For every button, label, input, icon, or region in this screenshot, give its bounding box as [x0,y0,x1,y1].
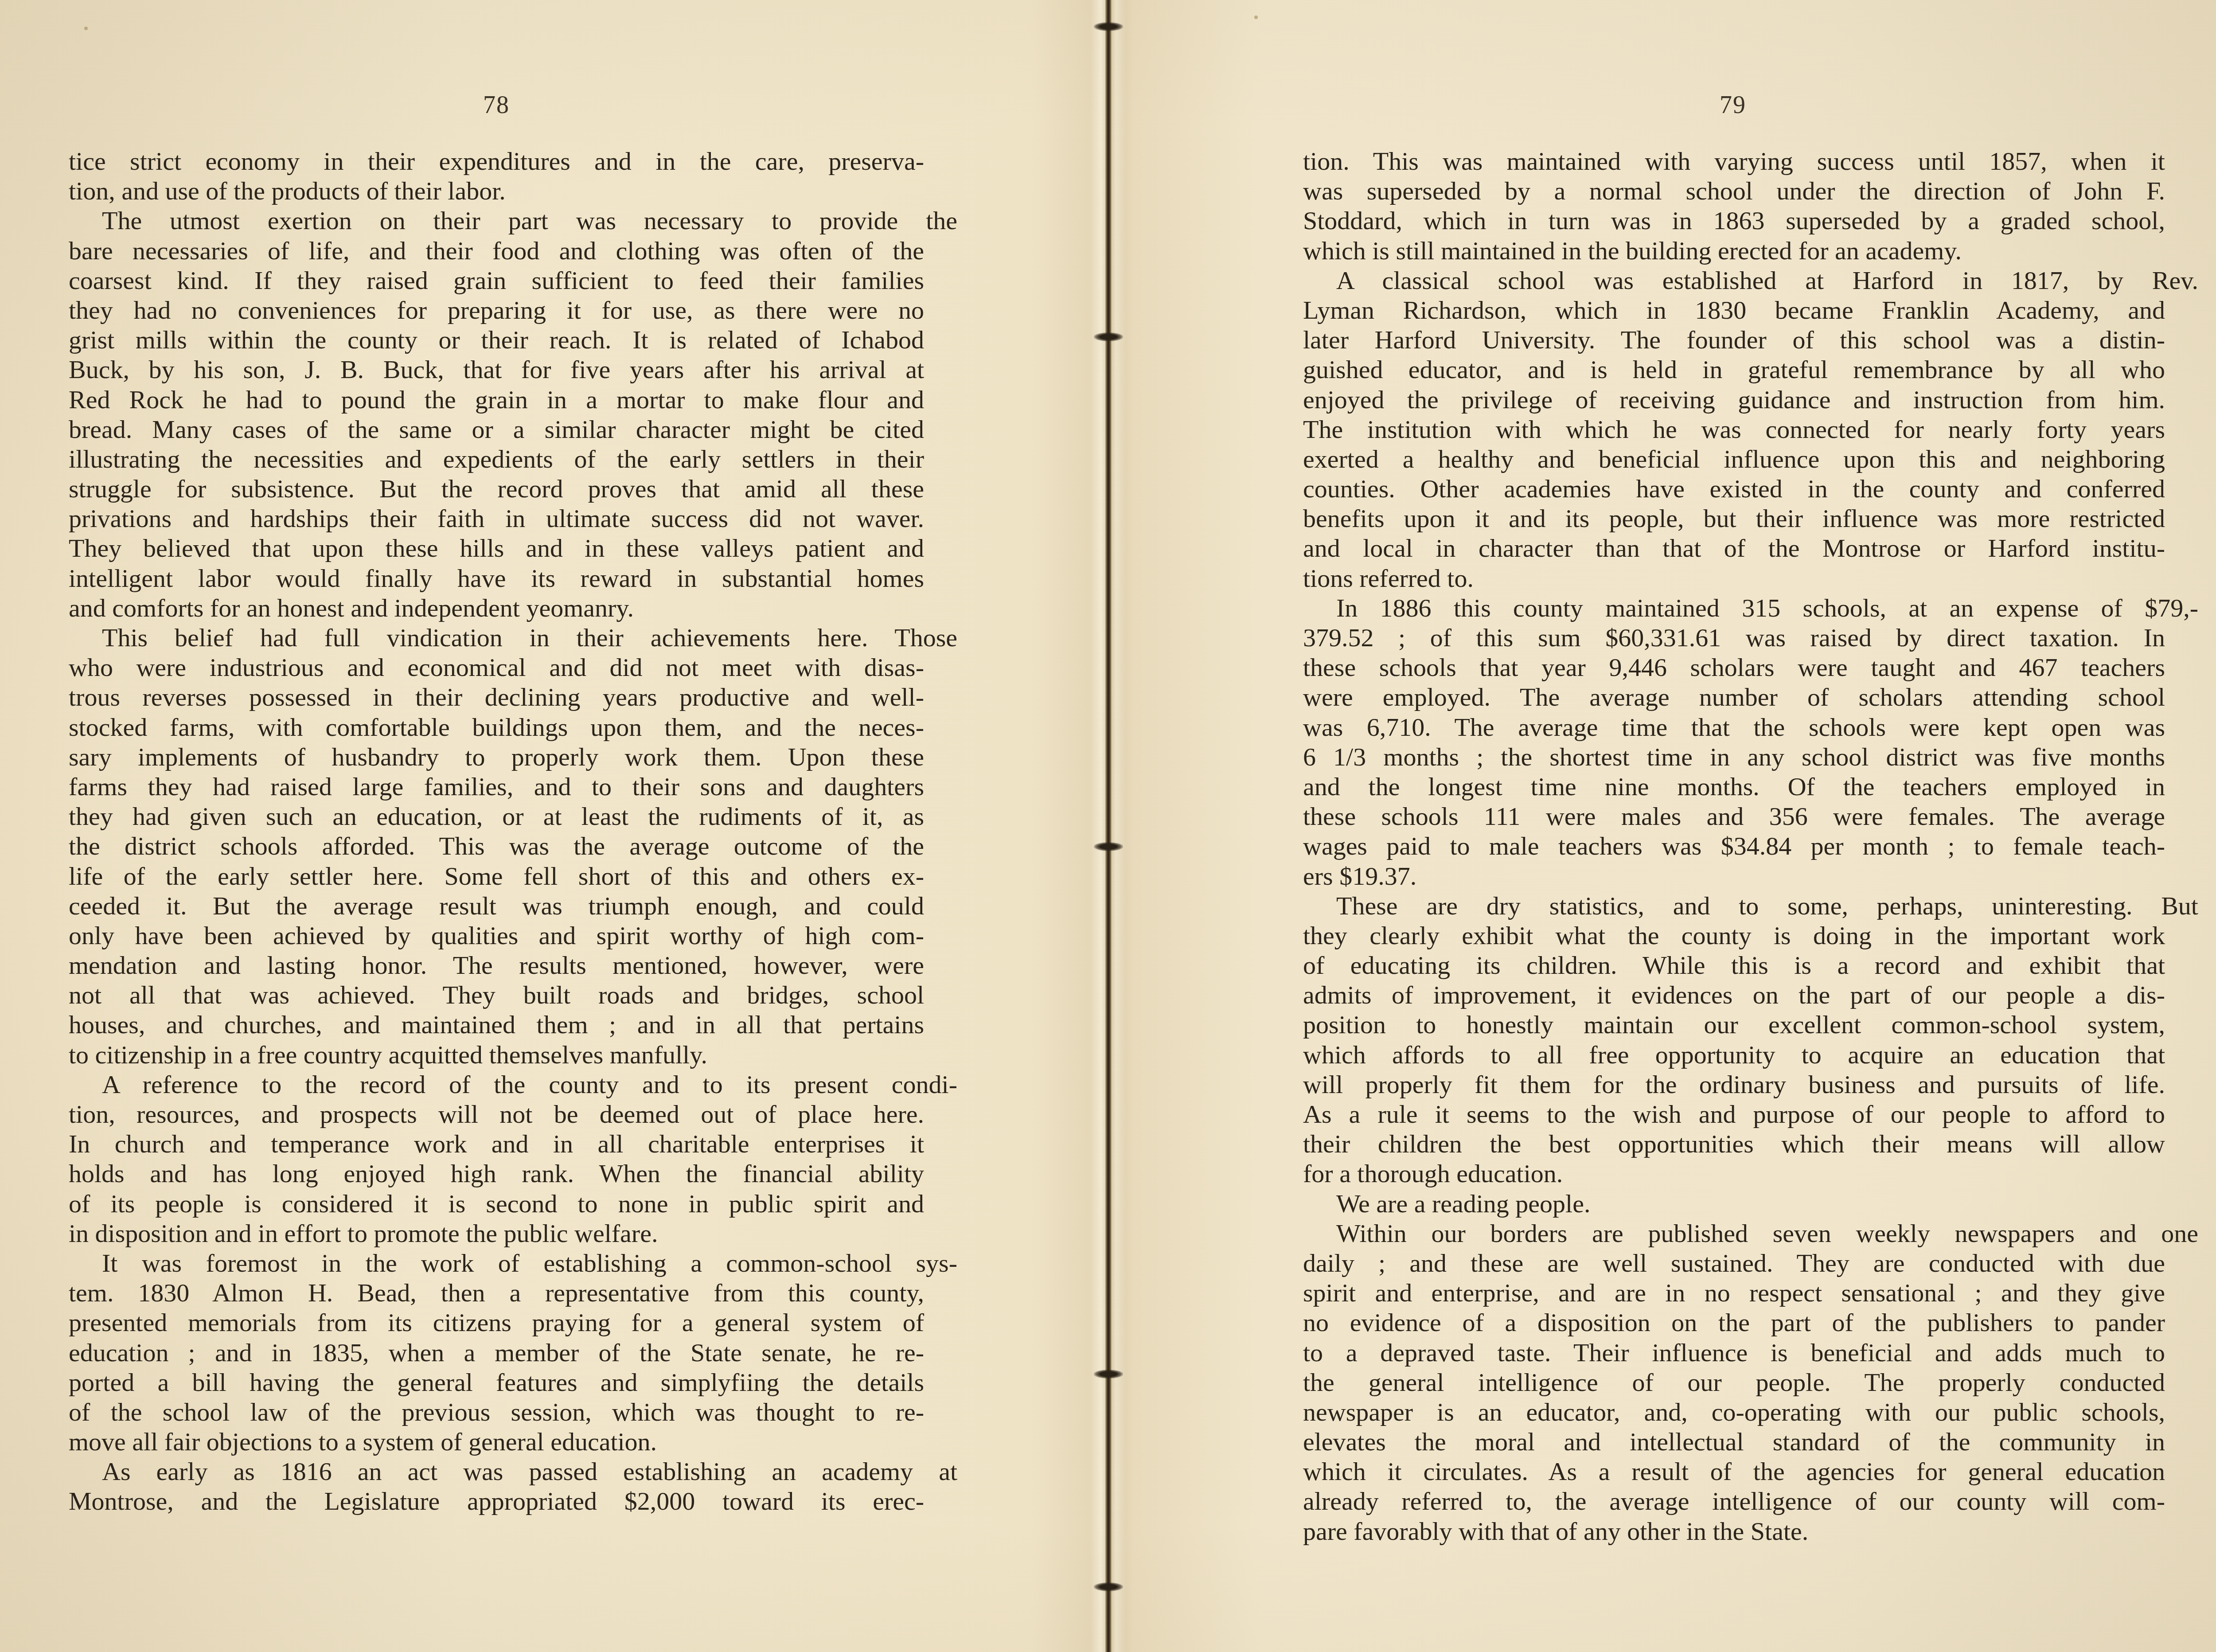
text-line: these schools 111 were males and 356 wer… [1303,801,2165,831]
text-line: privations and hardships their faith in … [69,504,924,533]
text-line: elevates the moral and intellectual stan… [1303,1427,2165,1457]
text-line: 379.52 ; of this sum $60,331.61 was rais… [1303,623,2165,652]
text-line: Buck, by his son, J. B. Buck, that for f… [69,355,924,384]
text-line: sary implements of husbandry to properly… [69,742,924,772]
text-line: they clearly exhibit what the county is … [1303,921,2165,950]
text-line: These are dry statistics, and to some, p… [1303,891,2198,921]
text-line: It was foremost in the work of establish… [69,1248,957,1278]
text-line: newspaper is an educator, and, co-operat… [1303,1397,2165,1427]
binding-thread-knot [1094,22,1123,31]
text-line: already referred to, the average intelli… [1303,1486,2165,1516]
text-line: the district schools afforded. This was … [69,831,924,861]
binding-thread-knot [1094,1370,1123,1379]
text-line: Montrose, and the Legislature appropriat… [69,1486,924,1516]
text-line: A classical school was established at Ha… [1303,266,2198,295]
text-line: coarsest kind. If they raised grain suff… [69,266,924,295]
text-line: ported a bill having the general feature… [69,1367,924,1397]
text-line: Lyman Richardson, which in 1830 became F… [1303,295,2165,325]
text-line: As early as 1816 an act was passed estab… [69,1457,957,1486]
text-line: they had given such an education, or at … [69,801,924,831]
text-line: and local in character than that of the … [1303,533,2165,563]
text-line: farms they had raised large families, an… [69,772,924,801]
text-line: of the school law of the previous sessio… [69,1397,924,1427]
text-line: not all that was achieved. They built ro… [69,980,924,1010]
page-body-text: tice strict economy in their expenditure… [69,146,924,1516]
text-line: which affords to all free opportunity to… [1303,1040,2165,1070]
left-page: 78 tice strict economy in their expendit… [0,0,1095,1652]
text-line: Stoddard, which in turn was in 1863 supe… [1303,206,2165,235]
text-line: Red Rock he had to pound the grain in a … [69,385,924,414]
text-line: Within our borders are published seven w… [1303,1218,2198,1248]
text-line: We are a reading people. [1303,1189,2198,1218]
text-line: pare favorably with that of any other in… [1303,1516,2165,1546]
text-line: position to honestly maintain our excell… [1303,1010,2165,1039]
binding-thread-knot [1094,332,1123,341]
text-line: The utmost exertion on their part was ne… [69,206,957,235]
text-line: bread. Many cases of the same or a simil… [69,414,924,444]
text-line: tion. This was maintained with varying s… [1303,146,2165,176]
text-line: exerted a healthy and beneficial influen… [1303,444,2165,474]
text-line: to citizenship in a free country acquitt… [69,1040,924,1070]
text-line: education ; and in 1835, when a member o… [69,1338,924,1367]
text-line: tice strict economy in their expenditure… [69,146,924,176]
text-line: 6 1/3 months ; the shortest time in any … [1303,742,2165,772]
text-line: intelligent labor would finally have its… [69,563,924,593]
text-line: will properly fit them for the ordinary … [1303,1070,2165,1099]
page-body-text: tion. This was maintained with varying s… [1303,146,2165,1546]
text-line: was superseded by a normal school under … [1303,176,2165,206]
text-line: which it circulates. As a result of the … [1303,1457,2165,1486]
text-line: and the longest time nine months. Of the… [1303,772,2165,801]
book-spread: 78 tice strict economy in their expendit… [0,0,2216,1652]
text-line: which is still maintained in the buildin… [1303,236,2165,266]
book-spine [1105,0,1112,1652]
text-line: their children the best opportunities wh… [1303,1129,2165,1159]
binding-thread-knot [1094,1582,1123,1591]
text-line: tion, and use of the products of their l… [69,176,924,206]
text-line: holds and has long enjoyed high rank. Wh… [69,1159,924,1188]
page-number: 79 [1720,91,1746,119]
text-line: tem. 1830 Almon H. Bead, then a represen… [69,1278,924,1308]
text-line: the general intelligence of our people. … [1303,1367,2165,1397]
text-line: admits of improvement, it evidences on t… [1303,980,2165,1010]
text-line: enjoyed the privilege of receiving guida… [1303,385,2165,414]
text-line: no evidence of a disposition on the part… [1303,1308,2165,1337]
text-line: benefits upon it and its people, but the… [1303,504,2165,533]
page-number: 78 [483,91,510,119]
text-line: to a depraved taste. Their influence is … [1303,1338,2165,1367]
text-line: In 1886 this county maintained 315 schoo… [1303,593,2198,623]
text-line: The institution with which he was connec… [1303,414,2165,444]
text-line: This belief had full vindication in thei… [69,623,957,652]
paper-speck [1254,16,1258,19]
text-line: move all fair objections to a system of … [69,1427,924,1457]
text-line: A reference to the record of the county … [69,1070,957,1099]
text-line: They believed that upon these hills and … [69,533,924,563]
text-line: guished educator, and is held in gratefu… [1303,355,2165,384]
binding-thread-knot [1094,842,1123,851]
text-line: bare necessaries of life, and their food… [69,236,924,266]
text-line: of its people is considered it is second… [69,1189,924,1218]
text-line: later Harford University. The founder of… [1303,325,2165,355]
text-line: presented memorials from its citizens pr… [69,1308,924,1337]
paper-speck [84,27,88,30]
text-line: illustrating the necessities and expedie… [69,444,924,474]
text-line: ceeded it. But the average result was tr… [69,891,924,921]
text-line: trous reverses possessed in their declin… [69,682,924,712]
text-line: struggle for subsistence. But the record… [69,474,924,504]
text-line: grist mills within the county or their r… [69,325,924,355]
right-page: 79 tion. This was maintained with varyin… [1121,0,2216,1652]
text-line: only have been achieved by qualities and… [69,921,924,950]
text-line: in disposition and in effort to promote … [69,1218,924,1248]
text-line: life of the early settler here. Some fel… [69,861,924,891]
text-line: who were industrious and economical and … [69,652,924,682]
text-line: wages paid to male teachers was $34.84 p… [1303,831,2165,861]
text-line: tions referred to. [1303,563,2165,593]
text-line: these schools that year 9,446 scholars w… [1303,652,2165,682]
text-line: daily ; and these are well sustained. Th… [1303,1248,2165,1278]
text-line: of educating its children. While this is… [1303,950,2165,980]
text-line: ers $19.37. [1303,861,2165,891]
text-line: mendation and lasting honor. The results… [69,950,924,980]
text-line: houses, and churches, and maintained the… [69,1010,924,1039]
text-line: spirit and enterprise, and are in no res… [1303,1278,2165,1308]
text-line: In church and temperance work and in all… [69,1129,924,1159]
text-line: tion, resources, and prospects will not … [69,1099,924,1129]
text-line: were employed. The average number of sch… [1303,682,2165,712]
text-line: As a rule it seems to the wish and purpo… [1303,1099,2165,1129]
text-line: counties. Other academies have existed i… [1303,474,2165,504]
text-line: for a thorough education. [1303,1159,2165,1188]
text-line: stocked farms, with comfortable building… [69,712,924,742]
text-line: they had no conveniences for preparing i… [69,295,924,325]
text-line: and comforts for an honest and independe… [69,593,924,623]
text-line: was 6,710. The average time that the sch… [1303,712,2165,742]
